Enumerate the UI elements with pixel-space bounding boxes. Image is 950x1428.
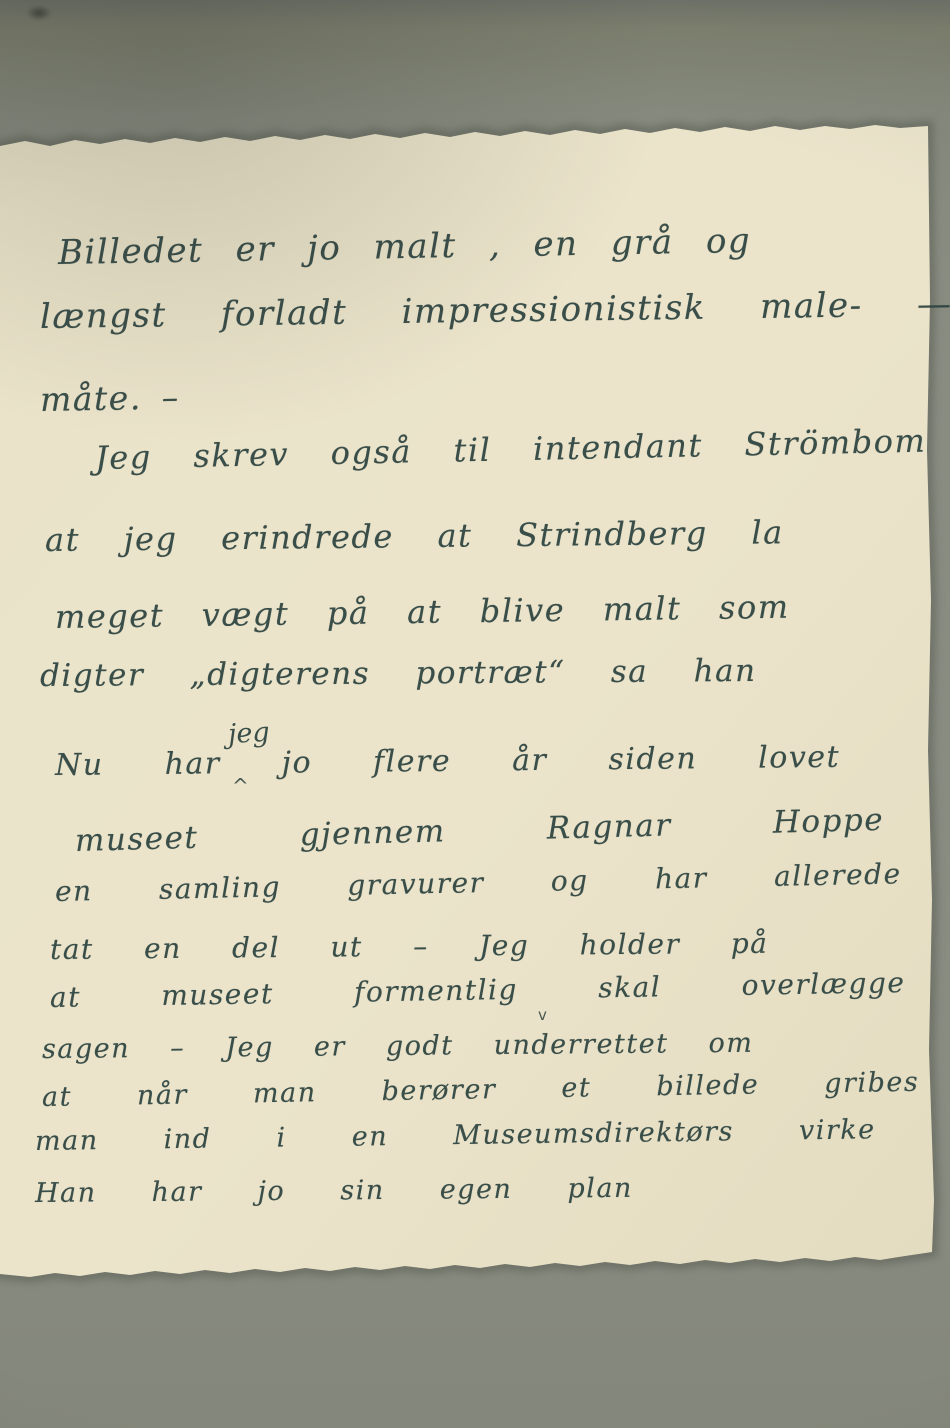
handwritten-line: tat en del ut – Jeg holder på (50, 930, 769, 964)
handwritten-line: måte. – (40, 381, 180, 416)
handwritten-line: at museet formentlig skal overlægge (50, 969, 906, 1012)
revision-caret-mark: v (538, 1008, 547, 1023)
handwritten-line: museet gjennem Ragnar Hoppe (75, 805, 885, 857)
handwritten-line: Nu har jo flere år siden lovet (55, 743, 840, 781)
handwritten-line: Han har jo sin egen plan (35, 1175, 633, 1207)
handwritten-line: Billedet er jo malt , en grå og (58, 224, 752, 270)
handwritten-line: digter „digterens portræt“ sa han (40, 656, 757, 692)
handwritten-line: at jeg erindrede at Strindberg la (45, 516, 784, 556)
handwritten-line: sagen – Jeg er godt underrettet om (42, 1030, 754, 1063)
photograph-backdrop: Billedet er jo malt , en grå og længst f… (0, 0, 950, 1428)
handwritten-line: en samling gravurer og har allerede (55, 860, 902, 906)
handwritten-line: man ind i en Museumsdirektørs virke (35, 1116, 876, 1155)
handwriting-layer: Billedet er jo malt , en grå og længst f… (0, 0, 950, 1428)
handwritten-line: Jeg skrev også til intendant Strömbom (95, 425, 927, 474)
inserted-word: jeg (227, 719, 270, 748)
handwritten-line: at når man berører et billede gribes (42, 1069, 920, 1111)
handwritten-line: meget vægt på at blive malt som (55, 591, 790, 633)
handwritten-line: længst forladt impressionistisk male- — (40, 287, 950, 334)
